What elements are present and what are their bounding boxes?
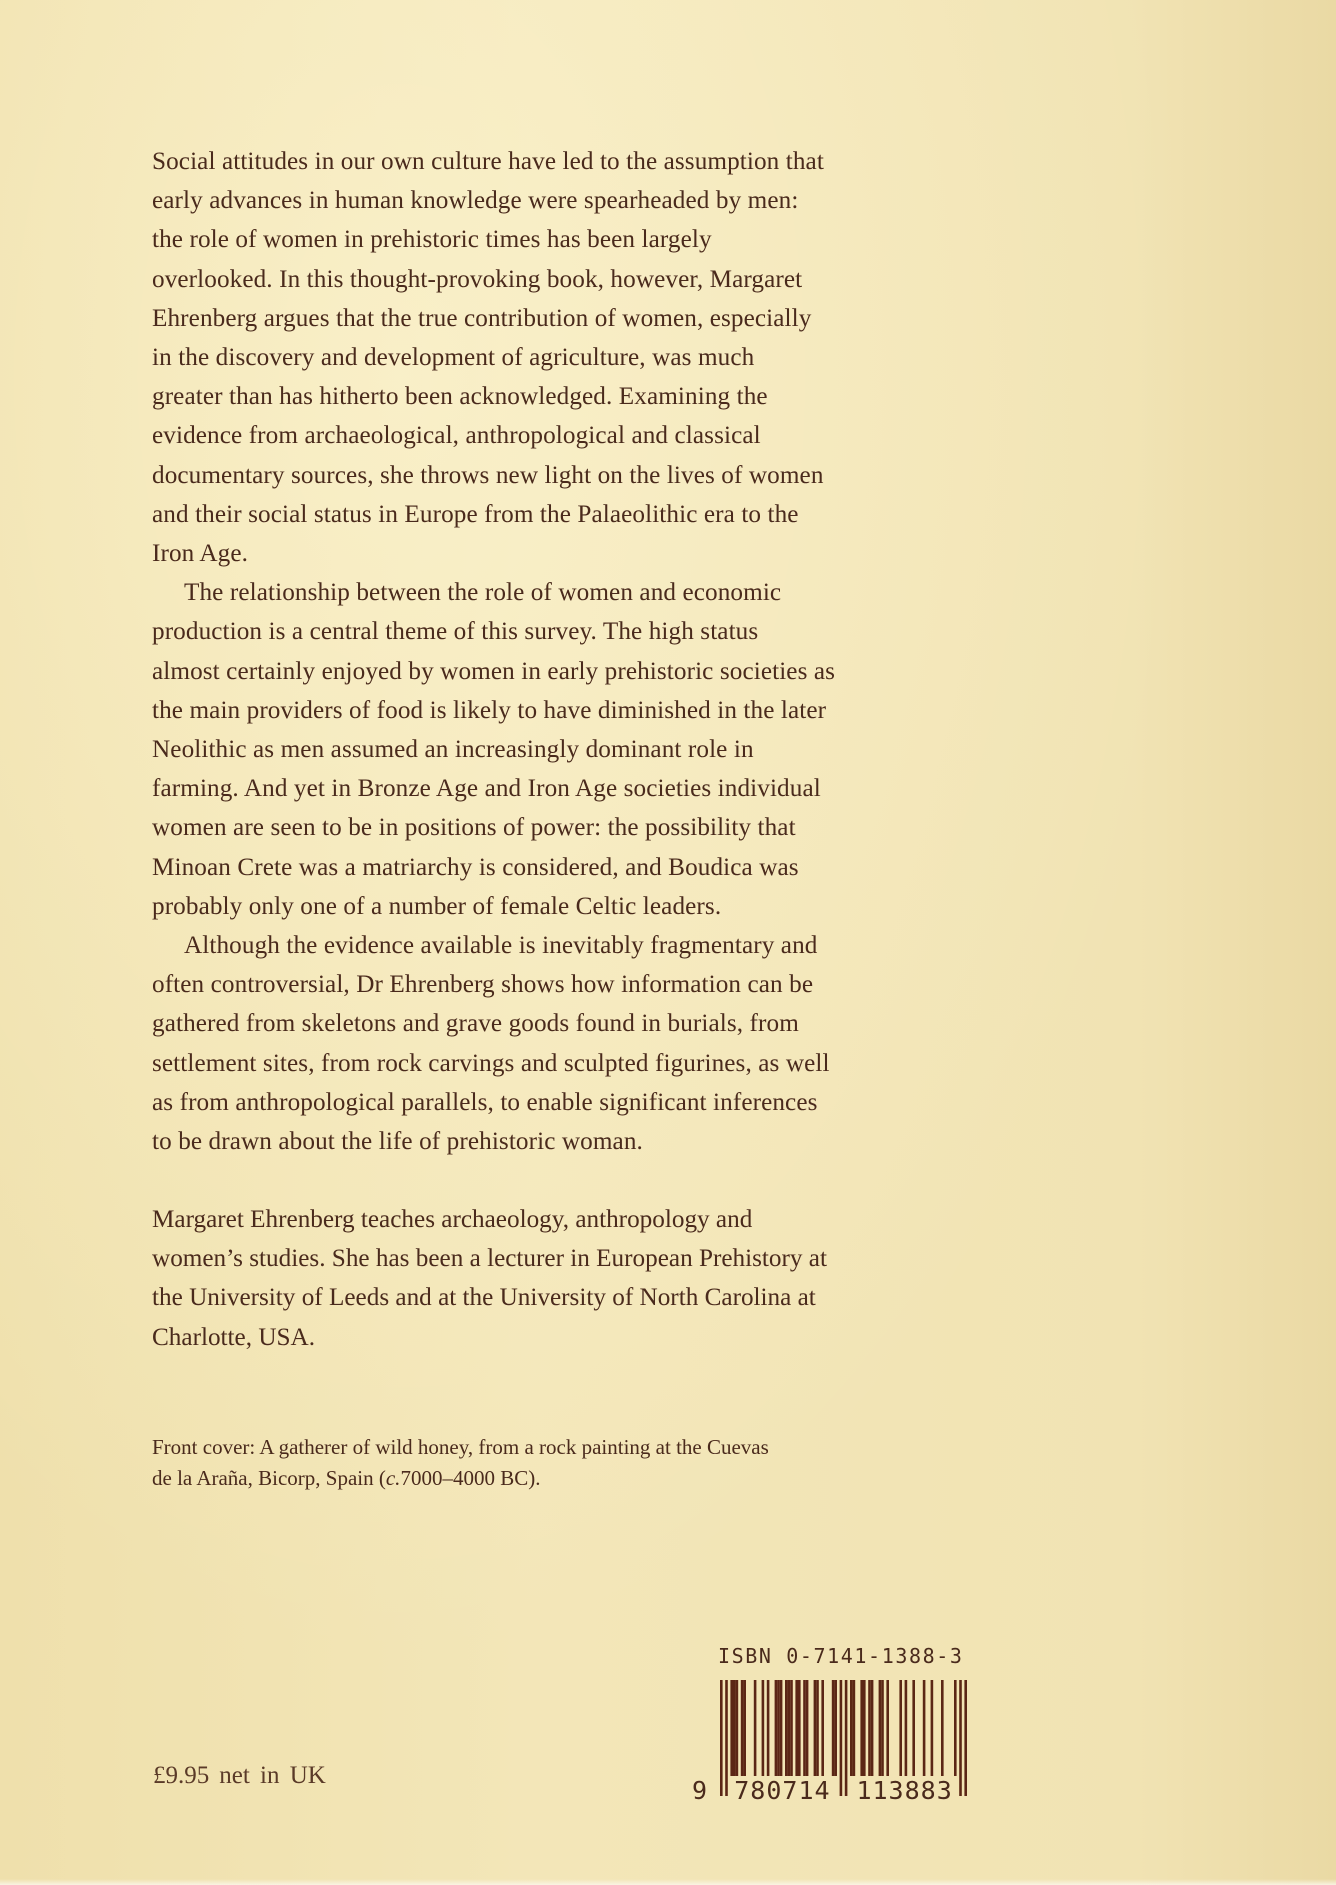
text-line: and their social status in Europe from t… [152, 501, 799, 528]
text-line: early advances in human knowledge were s… [152, 187, 798, 214]
text-line: women are seen to be in positions of pow… [152, 814, 796, 841]
blurb-paragraph-2: The relationship between the role of wom… [152, 573, 982, 926]
author-bio: Margaret Ehrenberg teaches archaeology, … [152, 1200, 982, 1357]
text-line: the University of Leeds and at the Unive… [152, 1284, 816, 1311]
text-line: women’s studies. She has been a lecturer… [152, 1245, 827, 1272]
text-line: Margaret Ehrenberg teaches archaeology, … [152, 1206, 752, 1233]
text-line: The relationship between the role of wom… [184, 579, 781, 606]
svg-text:113883: 113883 [856, 1776, 952, 1805]
text-line: often controversial, Dr Ehrenberg shows … [152, 971, 813, 998]
text-line: overlooked. In this thought-provoking bo… [152, 266, 802, 293]
text-line: in the discovery and development of agri… [152, 344, 754, 371]
blurb: Social attitudes in our own culture have… [152, 142, 982, 1161]
text-line: evidence from archaeological, anthropolo… [152, 422, 761, 449]
text-line: Social attitudes in our own culture have… [152, 148, 824, 175]
text-line: as from anthropological parallels, to en… [152, 1089, 818, 1116]
text-line: Ehrenberg argues that the true contribut… [152, 305, 811, 332]
text-line: almost certainly enjoyed by women in ear… [152, 658, 835, 685]
text-line: production is a central theme of this su… [152, 618, 758, 645]
svg-text:780714: 780714 [734, 1776, 830, 1805]
cover-caption: Front cover: A gatherer of wild honey, f… [152, 1432, 992, 1494]
blurb-paragraph-1: Social attitudes in our own culture have… [152, 142, 982, 573]
text-line: farming. And yet in Bronze Age and Iron … [152, 775, 821, 802]
text-line: Although the evidence available is inevi… [184, 932, 817, 959]
isbn-label: ISBN 0-7141-1388-3 [718, 1644, 964, 1668]
price-amount: £9.95 [153, 1762, 209, 1789]
text-line: gathered from skeletons and grave goods … [152, 1010, 799, 1037]
blurb-paragraph-3: Although the evidence available is inevi… [152, 926, 982, 1161]
text-line: the main providers of food is likely to … [152, 697, 826, 724]
caption-dates: 7000–4000 BC). [400, 1466, 540, 1490]
text-line: settlement sites, from rock carvings and… [152, 1050, 830, 1077]
price-note: net in UK [219, 1762, 326, 1789]
price: £9.95net in UK [153, 1762, 326, 1790]
caption-text: de la Araña, Bicorp, Spain ( [152, 1466, 386, 1490]
text-line: Charlotte, USA. [152, 1324, 315, 1351]
cover-caption-line-2: de la Araña, Bicorp, Spain (c.7000–4000 … [152, 1463, 992, 1494]
text-line: to be drawn about the life of prehistori… [152, 1128, 643, 1155]
text-line: probably only one of a number of female … [152, 893, 721, 920]
author-bio-text: Margaret Ehrenberg teaches archaeology, … [152, 1200, 982, 1357]
cover-caption-line-1: Front cover: A gatherer of wild honey, f… [152, 1432, 992, 1463]
barcode: 9780714113883 [686, 1676, 986, 1806]
svg-text:9: 9 [692, 1776, 707, 1805]
text-line: documentary sources, she throws new ligh… [152, 462, 824, 489]
barcode-graphic: 9780714113883 [686, 1676, 986, 1806]
caption-circa: c. [386, 1466, 401, 1490]
text-line: the role of women in prehistoric times h… [152, 226, 712, 253]
text-line: Minoan Crete was a matriarchy is conside… [152, 854, 799, 881]
text-line: Iron Age. [152, 540, 248, 567]
text-line: greater than has hitherto been acknowled… [152, 383, 768, 410]
text-line: Neolithic as men assumed an increasingly… [152, 736, 754, 763]
